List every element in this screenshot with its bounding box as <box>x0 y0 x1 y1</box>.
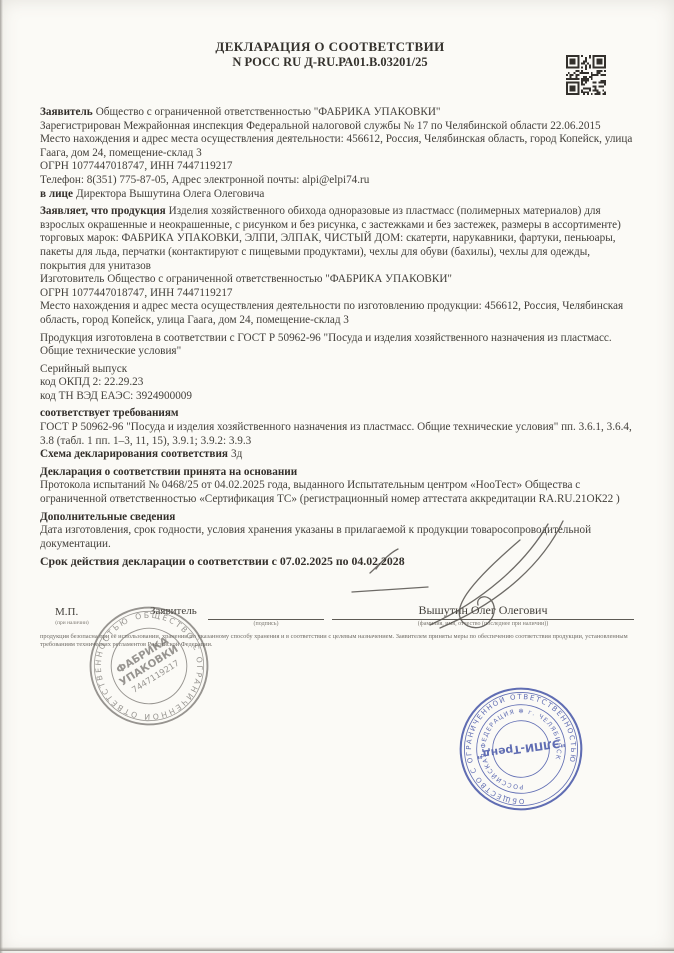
scan-edge-left <box>0 0 3 953</box>
basis-text-line: Протокола испытаний № 0468/25 от 04.02.2… <box>40 479 638 506</box>
scheme-line: Схема декларирования соответствия3д <box>40 448 638 462</box>
ogrn-line: ОГРН 1077447018747, ИНН 7447119217 <box>40 160 638 174</box>
handwritten-signature <box>340 505 580 645</box>
ogrn2-line: ОГРН 1077447018747, ИНН 7447119217 <box>40 287 638 301</box>
tnved-line: код ТН ВЭД ЕАЭС: 3924900009 <box>40 390 638 404</box>
document-title: ДЕКЛАРАЦИЯ О СООТВЕТСТВИИ N РОСС RU Д-RU… <box>40 40 620 69</box>
in-person-label: в лице <box>40 188 73 200</box>
scan-edge-bottom <box>0 947 674 951</box>
meets-label-line: соответствует требованиям <box>40 407 638 421</box>
serial-line: Серийный выпуск <box>40 363 638 377</box>
manufacturer-line: Изготовитель Общество с ограниченной отв… <box>40 273 638 287</box>
made-per-line: Продукция изготовлена в соответствии с Г… <box>40 332 638 359</box>
signature-caption: (подпись) <box>208 621 324 627</box>
basis-label-line: Декларация о соответствии принята на осн… <box>40 466 638 480</box>
phone-line: Телефон: 8(351) 775-87-05, Адрес электро… <box>40 174 638 188</box>
address-line: Место нахождения и адрес места осуществл… <box>40 133 638 160</box>
meets-text-line: ГОСТ Р 50962-96 "Посуда и изделия хозяйс… <box>40 421 638 448</box>
mp-label: М.П. <box>55 606 78 618</box>
applicant-label: Заявитель <box>40 106 93 118</box>
gray-round-stamp: ОБЩЕСТВО С ОГРАНИЧЕННОЙ ОТВЕТСТВЕННОСТЬЮ… <box>83 600 215 732</box>
registered-line: Зарегистрирован Межрайонная инспекция Фе… <box>40 120 638 134</box>
okpd-line: код ОКПД 2: 22.29.23 <box>40 376 638 390</box>
signature-line <box>208 619 324 620</box>
blue-stamp-center-text: "ЭЛПИ-Тренд" <box>476 736 567 761</box>
declares-label: Заявляет, что продукция <box>40 205 166 217</box>
document-body: ЗаявительОбщество с ограниченной ответст… <box>40 106 638 569</box>
applicant-line: ЗаявительОбщество с ограниченной ответст… <box>40 106 638 120</box>
in-person-line: в лицеДиректора Вышутина Олега Олеговича <box>40 188 638 202</box>
title-line-2: N РОСС RU Д-RU.РА01.В.03201/25 <box>40 55 620 69</box>
scheme-label: Схема декларирования соответствия <box>40 448 228 460</box>
declaration-document: ДЕКЛАРАЦИЯ О СООТВЕТСТВИИ N РОСС RU Д-RU… <box>0 0 674 953</box>
scheme-value: 3д <box>231 448 242 460</box>
qr-code-icon <box>562 51 610 99</box>
blue-round-stamp: ОБЩЕСТВО С ОГРАНИЧЕННОЙ ОТВЕТСТВЕННОСТЬЮ… <box>455 683 587 815</box>
title-line-1: ДЕКЛАРАЦИЯ О СООТВЕТСТВИИ <box>40 40 620 54</box>
address2-line: Место нахождения и адрес места осуществл… <box>40 300 638 327</box>
declares-line: Заявляет, что продукцияИзделия хозяйстве… <box>40 205 638 273</box>
